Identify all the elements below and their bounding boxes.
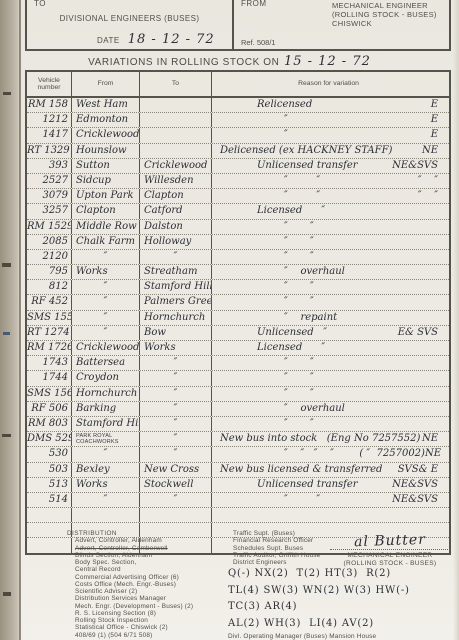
cell-to [140,128,212,142]
table-row: 1743Battersea″″ ″ [27,356,449,371]
cell-to: Bow [140,326,212,340]
sender-address: MECHANICAL ENGINEER (ROLLING STOCK - BUS… [332,1,437,28]
margin-mark [3,332,10,335]
cell-vehicle-number: RT 1329 [27,144,72,158]
table-row: 1744Croydon″″ ″ [27,371,449,386]
cell-vehicle-number: SMS 156 [27,387,72,401]
reason-text: New bus licensed & transferred [212,463,382,477]
table-row: RF 452″Palmers Green″ ″ [27,295,449,310]
cell-from: Stamford Hill [72,417,140,431]
scan-left-edge [0,0,20,640]
cell-from: Cricklewood [72,128,140,142]
cell-from: Clapton [72,204,140,218]
cell-to: ″ [140,417,212,431]
distribution-item: Advert, Controller, Aldenham [75,537,193,544]
page-fold-line [19,0,21,640]
cell-to: Willesden [140,174,212,188]
cell-vehicle-number: 2085 [27,235,72,249]
reason-text: Unlicensed transfer [212,159,358,173]
reason-text: ″ ″ [212,189,320,203]
distribution-item: 408/69 (1) (504 6/71 508) [75,632,193,639]
table-row: RT 1274″BowUnlicensed ″E& SVS [27,326,449,341]
cell-to: Holloway [140,235,212,249]
cell-from: Bexley [72,463,140,477]
cell-to: ″ [140,493,212,507]
cell-from: Middle Row [72,220,140,234]
cell-to: New Cross [140,463,212,477]
reason-text: ″ ″ [212,295,314,309]
cell-vehicle-number: 1743 [27,356,72,370]
reason-annotation [438,235,445,249]
reason-annotation [438,220,445,234]
recipient-item: Traffic Supt. (Buses) [233,530,320,537]
margin-mark [2,263,11,267]
reason-text: ″ ″ [212,493,320,507]
header-from-cell: FROM MECHANICAL ENGINEER (ROLLING STOCK … [234,0,449,49]
recipient-item: Traffic Auditor, Griffith House [233,552,320,559]
table-row: 3079Upton ParkClapton″ ″″ ″ [27,189,449,204]
table-row: RT 1329HounslowDelicensed (ex HACKNEY ST… [27,144,449,159]
garage-code-line: AL(2) WH(3) LI(4) AV(2) [228,616,410,633]
cell-to: ″ [140,447,212,461]
cell-reason: ″ ″ [212,387,445,401]
cell-from: Barking [72,402,140,416]
signature-block: al Butter MECHANICAL ENGINEER (ROLLING S… [330,533,450,568]
distribution-item: Scientific Adviser (2) [75,588,193,595]
cell-vehicle-number: 3079 [27,189,72,203]
recipient-item: Financial Research Officer [233,537,320,544]
cell-to: ″ [140,432,212,446]
cell-reason: New bus into stock (Eng No 7257552)NE [212,432,445,446]
margin-mark [2,434,11,437]
reason-annotation [438,508,445,522]
col-header-reason: Reason for variation [212,72,445,96]
reason-text: Relicensed [212,98,312,112]
reason-text: ″ [212,128,288,142]
scanned-form-page: TO DIVISIONAL ENGINEERS (BUSES) DATE18 -… [0,0,459,640]
cell-from: ″ [72,493,140,507]
cell-to: Clapton [140,189,212,203]
table-row: 530″″″ ″ ″ ″ ( ″ 7257002)NE [27,447,449,462]
cell-reason: ″ ″ [212,250,445,264]
cell-from: ″ [72,295,140,309]
cell-reason: ″ ″ [212,280,445,294]
col-header-from: From [72,72,140,96]
distribution-item: Mech. Engr. (Development - Buses) (2) [75,603,193,610]
distribution-item: Statistical Office - Chiswick (2) [75,624,193,631]
table-row [27,508,449,523]
table-row: RM 1726CricklewoodWorksLicensed ″ [27,341,449,356]
reason-text: ″ overhaul [212,265,345,279]
garage-code-line: TL(4) SW(3) WN(2) W(3) HW(-) [228,583,410,600]
garage-code-line: Q(-) NX(2) T(2) HT(3) R(2) [228,566,410,583]
cell-vehicle-number: 795 [27,265,72,279]
cell-to: Dalston [140,220,212,234]
cell-reason: ″ ″ ″ ″ ( ″ 7257002)NE [212,447,445,461]
table-row: 3257ClaptonCatfordLicensed ″ [27,204,449,219]
cell-from: Upton Park [72,189,140,203]
distribution-item: Blinds Section, Aldenham [75,552,193,559]
cell-to: ″ [140,387,212,401]
margin-mark [3,92,11,95]
cell-vehicle-number: DMS 529 [27,432,72,446]
reference-number: Ref. 508/1 [241,38,276,47]
cell-vehicle-number: 2527 [27,174,72,188]
cell-vehicle-number: 393 [27,159,72,173]
distribution-item: R. S. Licensing Section (8) [75,610,193,617]
col-header-vehicle: Vehicle number [27,72,72,96]
table-row: 2527SidcupWillesden″ ″″ ″ [27,174,449,189]
distribution-title: DISTRIBUTION [67,530,193,537]
signatory-title: MECHANICAL ENGINEER [330,552,450,560]
reason-annotation: E [431,128,445,142]
table-row: 2085Chalk FarmHolloway″ ″ [27,235,449,250]
table-row: 2120″″″ ″ [27,250,449,265]
cell-reason: ″ ″″ ″ [212,189,445,203]
cell-to: Stockwell [140,478,212,492]
cell-reason: Unlicensed ″E& SVS [212,326,445,340]
reason-annotation [438,204,445,218]
date-line: DATE18 - 12 - 72 [97,32,215,47]
cell-vehicle-number [27,508,72,522]
reason-text: Licensed ″ [212,204,325,218]
margin-mark [3,592,11,596]
reason-annotation: E [431,98,445,112]
table-body: RM 158West HamRelicensedE1212Edmonton″E1… [27,98,449,553]
reason-annotation [438,402,445,416]
reason-text: ″ ″ [212,250,314,264]
signatory-subtitle: (ROLLING STOCK - BUSES) [330,560,450,568]
cell-to: Palmers Green [140,295,212,309]
cell-reason: ″ overhaul [212,402,445,416]
cell-vehicle-number: 3257 [27,204,72,218]
cell-from: Chalk Farm [72,235,140,249]
table-row: 514″″″ ″NE&SVS [27,493,449,508]
cell-vehicle-number: RM 1529 [27,220,72,234]
cell-reason: ″ ″ [212,235,445,249]
reason-annotation: NE [422,432,445,446]
reason-annotation: ″ ″ [418,174,445,188]
cell-reason: ″ ″″ ″ [212,174,445,188]
reason-annotation [438,417,445,431]
cell-from [72,508,140,522]
cell-vehicle-number: RM 158 [27,98,72,112]
reason-annotation: NE [425,447,445,461]
reason-text: ″ ″ [212,356,314,370]
distribution-item: Rolling Stock Inspection [75,617,193,624]
cell-reason: ″ ″ [212,295,445,309]
cell-reason: ″ ″ [212,220,445,234]
reason-annotation [438,295,445,309]
cell-vehicle-number [27,538,72,552]
cell-to: Catford [140,204,212,218]
from-label: FROM [241,0,267,8]
cell-vehicle-number: 530 [27,447,72,461]
cell-from: PARK ROYAL COACHWORKS [72,432,140,446]
cell-reason: Unlicensed transferNE&SVS [212,478,445,492]
recipient-name: DIVISIONAL ENGINEERS (BUSES) [27,14,232,23]
reason-text: ″ ″ [212,174,320,188]
table-row: 503BexleyNew CrossNew bus licensed & tra… [27,463,449,478]
distribution-item: Body Spec. Section, [75,559,193,566]
to-label: TO [34,0,46,8]
cell-to [140,508,212,522]
reason-text: ″ ″ [212,220,314,234]
cell-to: ″ [140,356,212,370]
cell-to [140,98,212,112]
table-row: 812″Stamford Hill″ ″ [27,280,449,295]
cell-vehicle-number: RT 1274 [27,326,72,340]
cell-reason: Delicensed (ex HACKNEY STAFF)NE [212,144,445,158]
table-header-row: Vehicle number From To Reason for variat… [27,72,449,98]
cell-from: Works [72,265,140,279]
title-printed: VARIATIONS IN ROLLING STOCK ON [88,57,279,68]
cell-from: ″ [72,280,140,294]
distribution-item: Central Record [75,566,193,573]
reason-annotation: ″ ″ [418,189,445,203]
distribution-list: DISTRIBUTION Advert, Controller, Aldenha… [75,530,193,639]
form-title: VARIATIONS IN ROLLING STOCK ON 15 - 12 -… [0,52,459,70]
reason-annotation: NE [422,144,445,158]
reason-text: ″ ″ ″ ″ ( ″ 7257002) [212,447,425,461]
reason-text: ″ ″ [212,371,314,385]
reason-text: Unlicensed transfer [212,478,358,492]
bottom-note: Divl. Operating Manager (Buses) Mansion … [228,633,376,640]
cell-to: Works [140,341,212,355]
table-row: 1417Cricklewood″E [27,128,449,143]
cell-reason: ″ ″ [212,371,445,385]
reason-text: ″ ″ [212,235,314,249]
cell-vehicle-number: 503 [27,463,72,477]
cell-from: Cricklewood [72,341,140,355]
cell-from: Hounslow [72,144,140,158]
reason-text: ″ overhaul [212,402,345,416]
distribution-item: Distribution Services Manager [75,595,193,602]
cell-vehicle-number: RF 452 [27,295,72,309]
reason-annotation [438,387,445,401]
cell-to: ″ [140,371,212,385]
reason-text: ″ [212,113,288,127]
cell-reason [212,508,445,522]
table-row: 1212Edmonton″E [27,113,449,128]
cell-from: ″ [72,326,140,340]
cell-reason: ″ repaint [212,311,445,325]
cell-vehicle-number: 1744 [27,371,72,385]
distribution-item: Costs Office (Mech. Engr.-Buses) [75,581,193,588]
cell-reason: ″ overhaul [212,265,445,279]
cell-to: ″ [140,250,212,264]
cell-vehicle-number: 514 [27,493,72,507]
cell-to: Streatham [140,265,212,279]
cell-reason: Licensed ″ [212,341,445,355]
date-value-handwritten: 18 - 12 - 72 [128,32,215,47]
cell-from: Sidcup [72,174,140,188]
cell-reason: ″ ″NE&SVS [212,493,445,507]
reason-annotation [438,341,445,355]
reason-annotation: SVS& E [398,463,445,477]
reason-annotation: NE&SVS [392,493,445,507]
distribution-item: Commercial Advertising Officer (6) [75,574,193,581]
cell-vehicle-number: 812 [27,280,72,294]
cell-from: Sutton [72,159,140,173]
table-row: 513WorksStockwellUnlicensed transferNE&S… [27,478,449,493]
table-row: RF 506Barking″″ overhaul [27,402,449,417]
reason-annotation [438,280,445,294]
reason-text: ″ ″ [212,387,314,401]
cell-vehicle-number: 1417 [27,128,72,142]
cell-reason: New bus licensed & transferredSVS& E [212,463,445,477]
cell-from: Works [72,478,140,492]
cell-from: Croydon [72,371,140,385]
reason-annotation: NE&SVS [392,478,445,492]
reason-text: ″ repaint [212,311,337,325]
header-box: TO DIVISIONAL ENGINEERS (BUSES) DATE18 -… [25,0,451,51]
table-row: RM 158West HamRelicensedE [27,98,449,113]
col-header-to: To [140,72,212,96]
cell-from: Battersea [72,356,140,370]
table-row: DMS 529PARK ROYAL COACHWORKS″New bus int… [27,432,449,447]
table-row: SMS 155″Hornchurch″ repaint [27,311,449,326]
recipient-item: Schedules Supt. Buses [233,545,320,552]
table-row: RM 803Stamford Hill″″ ″ [27,417,449,432]
reason-text [212,508,257,522]
cell-from: Edmonton [72,113,140,127]
title-date-handwritten: 15 - 12 - 72 [284,54,371,69]
cell-vehicle-number: RF 506 [27,402,72,416]
reason-annotation [438,250,445,264]
cell-vehicle-number: 1212 [27,113,72,127]
cell-to [140,113,212,127]
table-row: 795WorksStreatham″ overhaul [27,265,449,280]
cell-vehicle-number: 2120 [27,250,72,264]
reason-annotation [438,311,445,325]
cell-reason: Licensed ″ [212,204,445,218]
cell-reason: ″ ″ [212,356,445,370]
cell-vehicle-number: RM 803 [27,417,72,431]
garage-codes-handwritten: Q(-) NX(2) T(2) HT(3) R(2)TL(4) SW(3) WN… [228,566,410,632]
garage-code-line: TC(3) AR(4) [228,599,410,616]
reason-annotation [438,356,445,370]
reason-annotation: E& SVS [398,326,445,340]
cell-from: Hornchurch [72,387,140,401]
reason-text: New bus into stock (Eng No 7257552) [212,432,420,446]
header-to-cell: TO DIVISIONAL ENGINEERS (BUSES) DATE18 -… [27,0,234,49]
scan-right-edge [453,0,459,640]
table-row: RM 1529Middle RowDalston″ ″ [27,220,449,235]
recipients-list: Traffic Supt. (Buses)Financial Research … [233,530,320,566]
variations-table: Vehicle number From To Reason for variat… [25,70,451,555]
cell-from: ″ [72,250,140,264]
reason-text: Unlicensed ″ [212,326,327,340]
reason-annotation: E [431,113,445,127]
reason-text: ″ ″ [212,417,314,431]
date-label: DATE [97,36,120,45]
table-row: 393SuttonCricklewoodUnlicensed transferN… [27,159,449,174]
reason-annotation [438,371,445,385]
cell-vehicle-number: 513 [27,478,72,492]
cell-reason: RelicensedE [212,98,445,112]
cell-vehicle-number: SMS 155 [27,311,72,325]
cell-vehicle-number [27,523,72,537]
reason-annotation: NE&SVS [392,159,445,173]
cell-to: Cricklewood [140,159,212,173]
cell-vehicle-number: RM 1726 [27,341,72,355]
cell-from: West Ham [72,98,140,112]
cell-to: Hornchurch [140,311,212,325]
reason-text: Licensed ″ [212,341,325,355]
cell-reason: ″E [212,113,445,127]
cell-reason: Unlicensed transferNE&SVS [212,159,445,173]
cell-to: Stamford Hill [140,280,212,294]
cell-from: ″ [72,447,140,461]
cell-from: ″ [72,311,140,325]
reason-annotation [438,265,445,279]
distribution-item: Advert, Controller, Camberwell [75,545,193,552]
cell-to [140,144,212,158]
cell-reason: ″E [212,128,445,142]
reason-text: ″ ″ [212,280,314,294]
cell-reason: ″ ″ [212,417,445,431]
reason-text: Delicensed (ex HACKNEY STAFF) [212,144,392,158]
table-row: SMS 156Hornchurch″″ ″ [27,387,449,402]
cell-to: ″ [140,402,212,416]
